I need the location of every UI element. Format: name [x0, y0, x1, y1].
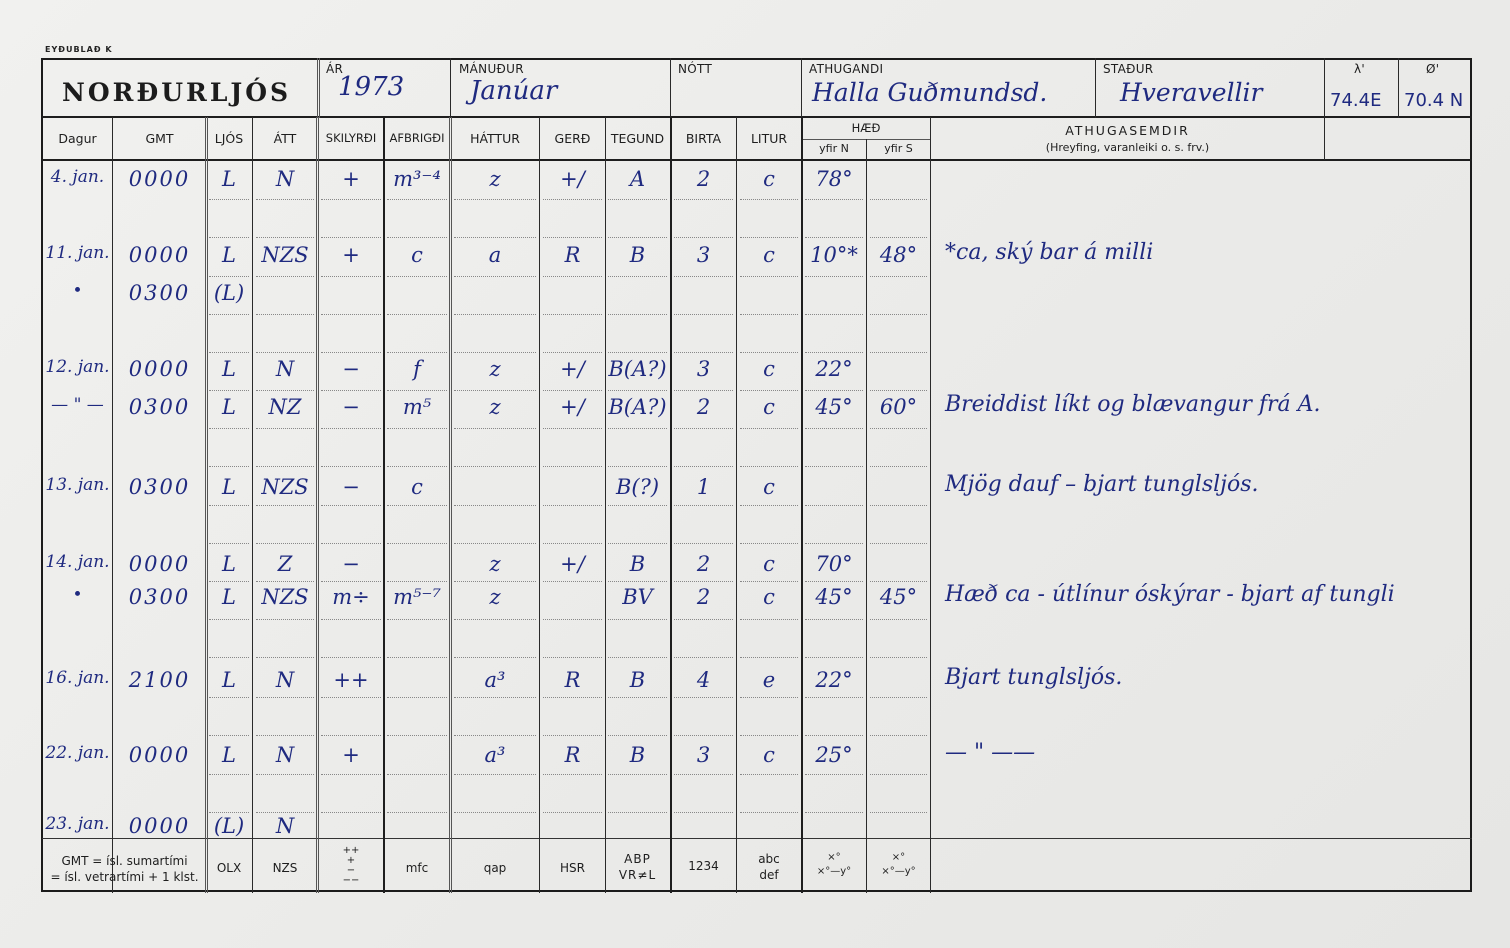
cell-gmt[interactable]: 0300: [113, 585, 206, 609]
cell-afbrigdi[interactable]: m⁵: [384, 395, 450, 419]
dotted-guide: [256, 466, 314, 467]
place-value[interactable]: Hveravellir: [1120, 78, 1262, 107]
cell-afbrigdi[interactable]: m³⁻⁴: [384, 167, 450, 191]
cell-litur[interactable]: e: [737, 668, 801, 692]
footer-tegund-line2: VR≠L: [605, 867, 670, 883]
col-sep: [316, 117, 319, 893]
cell-remark[interactable]: *ca, ský bar á milli: [945, 240, 1153, 265]
col-sep: [449, 117, 452, 893]
dotted-guide: [454, 466, 536, 467]
form-code: EYÐUBLAÐ K: [45, 45, 113, 54]
col-header-athugasemdir: ATHUGASEMDIR: [931, 123, 1324, 138]
cell-gerd[interactable]: +/: [540, 357, 605, 381]
dotted-guide: [870, 276, 927, 277]
month-label: MÁNUÐUR: [459, 62, 524, 76]
dotted-guide: [805, 735, 863, 736]
cell-att[interactable]: NZ: [253, 395, 317, 419]
dotted-guide: [805, 237, 863, 238]
dotted-guide: [256, 276, 314, 277]
dotted-guide: [387, 581, 447, 582]
col-header-afbrigdi: AFBRIGÐI: [384, 131, 450, 145]
dotted-guide: [805, 199, 863, 200]
dotted-guide: [256, 697, 314, 698]
cell-ljos[interactable]: L: [206, 357, 252, 381]
col-header-gerd: GERÐ: [540, 131, 605, 146]
dotted-guide: [740, 237, 798, 238]
dotted-guide: [321, 619, 381, 620]
dotted-guide: [608, 697, 667, 698]
col-header-yfir-n: yfir N: [802, 142, 866, 155]
dotted-guide: [805, 657, 863, 658]
cell-yfir-n[interactable]: 70°: [802, 552, 866, 576]
dotted-guide: [674, 619, 733, 620]
dotted-guide: [608, 276, 667, 277]
dotted-guide: [805, 619, 863, 620]
dotted-guide: [256, 581, 314, 582]
cell-afbrigdi[interactable]: c: [384, 243, 450, 267]
footer-divider: [42, 838, 1472, 839]
dotted-guide: [805, 390, 863, 391]
header-sep: [1398, 58, 1399, 118]
dotted-guide: [740, 735, 798, 736]
dotted-guide: [387, 774, 447, 775]
cell-ljos[interactable]: L: [206, 743, 252, 767]
col-sep: [252, 117, 253, 893]
cell-gmt[interactable]: 2100: [113, 668, 206, 692]
dotted-guide: [209, 237, 249, 238]
cell-ljos[interactable]: L: [206, 167, 252, 191]
cell-hattur[interactable]: a³: [451, 743, 539, 767]
col-header-yfir-s: yfir S: [867, 142, 930, 155]
cell-gerd[interactable]: +/: [540, 395, 605, 419]
dotted-guide: [543, 314, 602, 315]
dotted-guide: [870, 774, 927, 775]
dotted-guide: [740, 505, 798, 506]
cell-remark[interactable]: Bjart tunglsljós.: [945, 665, 1122, 690]
col-header-tegund: TEGUND: [605, 131, 670, 146]
dotted-guide: [454, 390, 536, 391]
cell-tegund[interactable]: B: [605, 552, 670, 576]
dotted-guide: [543, 276, 602, 277]
dotted-guide: [387, 352, 447, 353]
dotted-guide: [321, 466, 381, 467]
cell-hattur[interactable]: z: [451, 395, 539, 419]
dotted-guide: [454, 199, 536, 200]
dotted-guide: [454, 428, 536, 429]
cell-ljos[interactable]: L: [206, 668, 252, 692]
footer-gmt-note-line1: GMT = ísl. sumartími: [42, 853, 207, 869]
dotted-guide: [454, 812, 536, 813]
cell-gerd[interactable]: +/: [540, 552, 605, 576]
cell-att[interactable]: N: [253, 743, 317, 767]
place-label: STAÐUR: [1103, 62, 1153, 76]
footer-haed-n-line1: ×°: [802, 851, 866, 865]
dotted-guide: [543, 199, 602, 200]
footer-gmt-note: GMT = ísl. sumartími = ísl. vetrartími +…: [42, 853, 207, 885]
footer-tegund-line1: ABP: [605, 851, 670, 867]
dotted-guide: [387, 199, 447, 200]
footer-haed-n: ×° ×°—y°: [802, 851, 866, 879]
dotted-guide: [870, 543, 927, 544]
cell-dagur[interactable]: — " —: [42, 395, 113, 415]
footer-birta: 1234: [671, 858, 736, 874]
cell-ljos[interactable]: L: [206, 552, 252, 576]
cell-dagur[interactable]: 23. jan.: [42, 814, 113, 834]
cell-att[interactable]: Z: [253, 552, 317, 576]
dotted-guide: [740, 543, 798, 544]
dotted-guide: [608, 352, 667, 353]
dotted-guide: [674, 466, 733, 467]
dotted-guide: [674, 774, 733, 775]
dotted-guide: [321, 428, 381, 429]
cell-litur[interactable]: c: [737, 167, 801, 191]
cell-gerd[interactable]: R: [540, 243, 605, 267]
footer-haed-s: ×° ×°—y°: [867, 851, 930, 879]
cell-afbrigdi[interactable]: c: [384, 475, 450, 499]
year-value[interactable]: 1973: [338, 72, 404, 102]
cell-birta[interactable]: 3: [671, 243, 736, 267]
dotted-guide: [608, 390, 667, 391]
dotted-guide: [256, 390, 314, 391]
footer-gerd: HSR: [540, 860, 605, 876]
dotted-guide: [387, 237, 447, 238]
dotted-guide: [209, 276, 249, 277]
cell-birta[interactable]: 4: [671, 668, 736, 692]
dotted-guide: [608, 657, 667, 658]
cell-skilyrdi[interactable]: ++: [318, 668, 384, 692]
cell-gmt[interactable]: 0000: [113, 167, 206, 191]
cell-dagur[interactable]: 4. jan.: [42, 167, 113, 187]
dotted-guide: [805, 428, 863, 429]
dotted-guide: [321, 352, 381, 353]
footer-litur-line2: def: [737, 867, 801, 883]
dotted-guide: [674, 581, 733, 582]
dotted-guide: [608, 543, 667, 544]
cell-att[interactable]: NZS: [253, 585, 317, 609]
cell-ljos[interactable]: L: [206, 585, 252, 609]
dotted-guide: [608, 314, 667, 315]
dotted-guide: [674, 276, 733, 277]
dotted-guide: [543, 657, 602, 658]
cell-att[interactable]: NZS: [253, 475, 317, 499]
col-header-dagur: Dagur: [42, 131, 113, 146]
cell-att[interactable]: N: [253, 357, 317, 381]
form-title: NORÐURLJÓS: [62, 78, 291, 107]
dotted-guide: [543, 697, 602, 698]
cell-tegund[interactable]: B(?): [605, 475, 670, 499]
cell-remark[interactable]: — " ——: [945, 740, 1035, 765]
cell-ljos[interactable]: (L): [206, 814, 252, 838]
cell-birta[interactable]: 1: [671, 475, 736, 499]
cell-att[interactable]: N: [253, 668, 317, 692]
footer-afbrigdi: mfc: [384, 860, 450, 876]
cell-skilyrdi[interactable]: +: [318, 167, 384, 191]
dotted-guide: [805, 697, 863, 698]
dotted-guide: [321, 543, 381, 544]
dotted-guide: [209, 314, 249, 315]
dotted-guide: [543, 390, 602, 391]
cell-yfir-s[interactable]: 45°: [867, 585, 930, 609]
dotted-guide: [543, 774, 602, 775]
cell-gmt[interactable]: 0000: [113, 814, 206, 838]
cell-dagur[interactable]: 22. jan.: [42, 743, 113, 763]
cell-afbrigdi[interactable]: m⁵⁻⁷: [384, 585, 450, 609]
cell-dagur[interactable]: 11. jan.: [42, 243, 113, 263]
cell-tegund[interactable]: B(A?): [605, 357, 670, 381]
col-sep: [205, 117, 208, 893]
cell-litur[interactable]: c: [737, 552, 801, 576]
dotted-guide: [454, 657, 536, 658]
dotted-guide: [805, 505, 863, 506]
dotted-guide: [543, 581, 602, 582]
cell-skilyrdi[interactable]: +: [318, 243, 384, 267]
dotted-guide: [608, 735, 667, 736]
cell-yfir-s[interactable]: 60°: [867, 395, 930, 419]
cell-gerd[interactable]: R: [540, 668, 605, 692]
footer-att: NZS: [253, 860, 317, 876]
cell-att[interactable]: N: [253, 814, 317, 838]
dotted-guide: [321, 505, 381, 506]
dotted-guide: [256, 735, 314, 736]
dotted-guide: [209, 697, 249, 698]
dotted-guide: [387, 619, 447, 620]
cell-tegund[interactable]: B: [605, 668, 670, 692]
cell-tegund[interactable]: B: [605, 243, 670, 267]
dotted-guide: [387, 390, 447, 391]
cell-att[interactable]: N: [253, 167, 317, 191]
dotted-guide: [870, 697, 927, 698]
cell-dagur[interactable]: 13. jan.: [42, 475, 113, 495]
dotted-guide: [740, 657, 798, 658]
dotted-guide: [209, 581, 249, 582]
dotted-guide: [454, 735, 536, 736]
dotted-guide: [321, 735, 381, 736]
dotted-guide: [740, 581, 798, 582]
cell-birta[interactable]: 2: [671, 167, 736, 191]
dotted-guide: [543, 466, 602, 467]
dotted-guide: [674, 237, 733, 238]
cell-yfir-n[interactable]: 22°: [802, 357, 866, 381]
header-sep: [1095, 58, 1096, 118]
cell-dagur[interactable]: 12. jan.: [42, 357, 113, 377]
footer-litur: abc def: [737, 851, 801, 883]
dotted-guide: [321, 657, 381, 658]
dotted-guide: [805, 581, 863, 582]
cell-yfir-n[interactable]: 10°*: [802, 243, 866, 267]
footer-tegund: ABP VR≠L: [605, 851, 670, 883]
dotted-guide: [805, 466, 863, 467]
col-sep: [605, 117, 606, 893]
dotted-guide: [543, 428, 602, 429]
cell-litur[interactable]: c: [737, 357, 801, 381]
dotted-guide: [740, 774, 798, 775]
cell-hattur[interactable]: z: [451, 357, 539, 381]
dotted-guide: [870, 428, 927, 429]
cell-gmt[interactable]: 0000: [113, 743, 206, 767]
cell-gmt[interactable]: 0000: [113, 357, 206, 381]
cell-yfir-n[interactable]: 45°: [802, 395, 866, 419]
cell-gmt[interactable]: 0300: [113, 281, 206, 305]
header-sep: [1324, 58, 1325, 160]
cell-litur[interactable]: c: [737, 585, 801, 609]
dotted-guide: [805, 774, 863, 775]
longitude-value[interactable]: 74.4E: [1330, 90, 1381, 111]
cell-remark[interactable]: Mjög dauf – bjart tunglsljós.: [945, 472, 1259, 497]
dotted-guide: [870, 581, 927, 582]
cell-dagur[interactable]: •: [42, 585, 113, 605]
col-header-hattur: HÁTTUR: [451, 131, 539, 146]
dotted-guide: [674, 543, 733, 544]
cell-litur[interactable]: c: [737, 475, 801, 499]
cell-gmt[interactable]: 0000: [113, 243, 206, 267]
dotted-guide: [740, 466, 798, 467]
dotted-guide: [805, 314, 863, 315]
cell-dagur[interactable]: 14. jan.: [42, 552, 113, 572]
dotted-guide: [674, 352, 733, 353]
cell-hattur[interactable]: a³: [451, 668, 539, 692]
cell-hattur[interactable]: z: [451, 167, 539, 191]
dotted-guide: [256, 657, 314, 658]
dotted-guide: [209, 619, 249, 620]
cell-birta[interactable]: 2: [671, 585, 736, 609]
dotted-guide: [740, 390, 798, 391]
observer-label: ATHUGANDI: [809, 62, 883, 76]
dotted-guide: [543, 812, 602, 813]
longitude-label: λ': [1354, 62, 1365, 76]
cell-hattur[interactable]: z: [451, 585, 539, 609]
dotted-guide: [608, 505, 667, 506]
dotted-guide: [321, 812, 381, 813]
dotted-guide: [870, 466, 927, 467]
dotted-guide: [608, 428, 667, 429]
dotted-guide: [740, 812, 798, 813]
dotted-guide: [209, 199, 249, 200]
dotted-guide: [387, 657, 447, 658]
cell-ljos[interactable]: L: [206, 475, 252, 499]
dotted-guide: [256, 314, 314, 315]
cell-litur[interactable]: c: [737, 395, 801, 419]
dotted-guide: [454, 314, 536, 315]
cell-gmt[interactable]: 0000: [113, 552, 206, 576]
cell-yfir-s[interactable]: 48°: [867, 243, 930, 267]
cell-ljos[interactable]: L: [206, 243, 252, 267]
cell-dagur[interactable]: 16. jan.: [42, 668, 113, 688]
footer-skilyrdi: ++ + − −−: [318, 846, 384, 886]
cell-yfir-n[interactable]: 25°: [802, 743, 866, 767]
cell-tegund[interactable]: A: [605, 167, 670, 191]
dotted-guide: [387, 276, 447, 277]
dotted-guide: [321, 581, 381, 582]
column-header-divider: [42, 159, 1472, 161]
cell-birta[interactable]: 3: [671, 743, 736, 767]
dotted-guide: [674, 428, 733, 429]
month-value[interactable]: Janúar: [470, 76, 557, 106]
cell-remark[interactable]: Hæð ca - útlínur óskýrar - bjart af tung…: [945, 582, 1395, 607]
col-sep: [801, 117, 803, 893]
dotted-guide: [209, 352, 249, 353]
dotted-guide: [870, 390, 927, 391]
cell-dagur[interactable]: •: [42, 281, 113, 301]
cell-litur[interactable]: c: [737, 743, 801, 767]
col-sep: [383, 117, 385, 893]
dotted-guide: [608, 619, 667, 620]
cell-litur[interactable]: c: [737, 243, 801, 267]
cell-skilyrdi[interactable]: −: [318, 395, 384, 419]
cell-ljos[interactable]: L: [206, 395, 252, 419]
cell-yfir-n[interactable]: 22°: [802, 668, 866, 692]
col-header-haed: HÆÐ: [802, 121, 930, 135]
dotted-guide: [870, 199, 927, 200]
cell-gmt[interactable]: 0300: [113, 475, 206, 499]
cell-tegund[interactable]: B(A?): [605, 395, 670, 419]
cell-skilyrdi[interactable]: m÷: [318, 585, 384, 609]
cell-birta[interactable]: 3: [671, 357, 736, 381]
dotted-guide: [674, 314, 733, 315]
dotted-guide: [209, 505, 249, 506]
observer-value[interactable]: Halla Guðmundsd.: [812, 78, 1047, 107]
dotted-guide: [674, 505, 733, 506]
dotted-guide: [454, 581, 536, 582]
dotted-guide: [674, 390, 733, 391]
col-sep: [539, 117, 540, 893]
cell-yfir-n[interactable]: 45°: [802, 585, 866, 609]
cell-hattur[interactable]: a: [451, 243, 539, 267]
cell-birta[interactable]: 2: [671, 395, 736, 419]
dotted-guide: [870, 619, 927, 620]
dotted-guide: [805, 352, 863, 353]
cell-skilyrdi[interactable]: −: [318, 552, 384, 576]
cell-remark[interactable]: Breiddist líkt og blævangur frá A.: [945, 392, 1321, 417]
dotted-guide: [209, 812, 249, 813]
dotted-guide: [209, 428, 249, 429]
cell-birta[interactable]: 2: [671, 552, 736, 576]
dotted-guide: [387, 505, 447, 506]
cell-skilyrdi[interactable]: +: [318, 743, 384, 767]
cell-yfir-n[interactable]: 78°: [802, 167, 866, 191]
dotted-guide: [740, 276, 798, 277]
cell-gerd[interactable]: +/: [540, 167, 605, 191]
footer-haed-s-line1: ×°: [867, 851, 930, 865]
dotted-guide: [321, 697, 381, 698]
cell-att[interactable]: NZS: [253, 243, 317, 267]
dotted-guide: [674, 657, 733, 658]
dotted-guide: [543, 505, 602, 506]
dotted-guide: [870, 352, 927, 353]
dotted-guide: [321, 199, 381, 200]
footer-haed-n-line2: ×°—y°: [802, 865, 866, 879]
dotted-guide: [740, 619, 798, 620]
cell-gerd[interactable]: R: [540, 743, 605, 767]
latitude-value[interactable]: 70.4 N: [1404, 90, 1463, 111]
cell-skilyrdi[interactable]: −: [318, 357, 384, 381]
cell-afbrigdi[interactable]: f: [384, 357, 450, 381]
dotted-guide: [674, 199, 733, 200]
cell-skilyrdi[interactable]: −: [318, 475, 384, 499]
dotted-guide: [608, 199, 667, 200]
dotted-guide: [387, 735, 447, 736]
col-header-birta: BIRTA: [671, 131, 736, 146]
cell-tegund[interactable]: B: [605, 743, 670, 767]
cell-hattur[interactable]: z: [451, 552, 539, 576]
header-sep: [801, 58, 802, 118]
dotted-guide: [454, 505, 536, 506]
cell-ljos[interactable]: (L): [206, 281, 252, 305]
cell-gmt[interactable]: 0300: [113, 395, 206, 419]
dotted-guide: [209, 466, 249, 467]
latitude-label: Ø': [1426, 62, 1439, 76]
footer-litur-line1: abc: [737, 851, 801, 867]
cell-tegund[interactable]: BV: [605, 585, 670, 609]
